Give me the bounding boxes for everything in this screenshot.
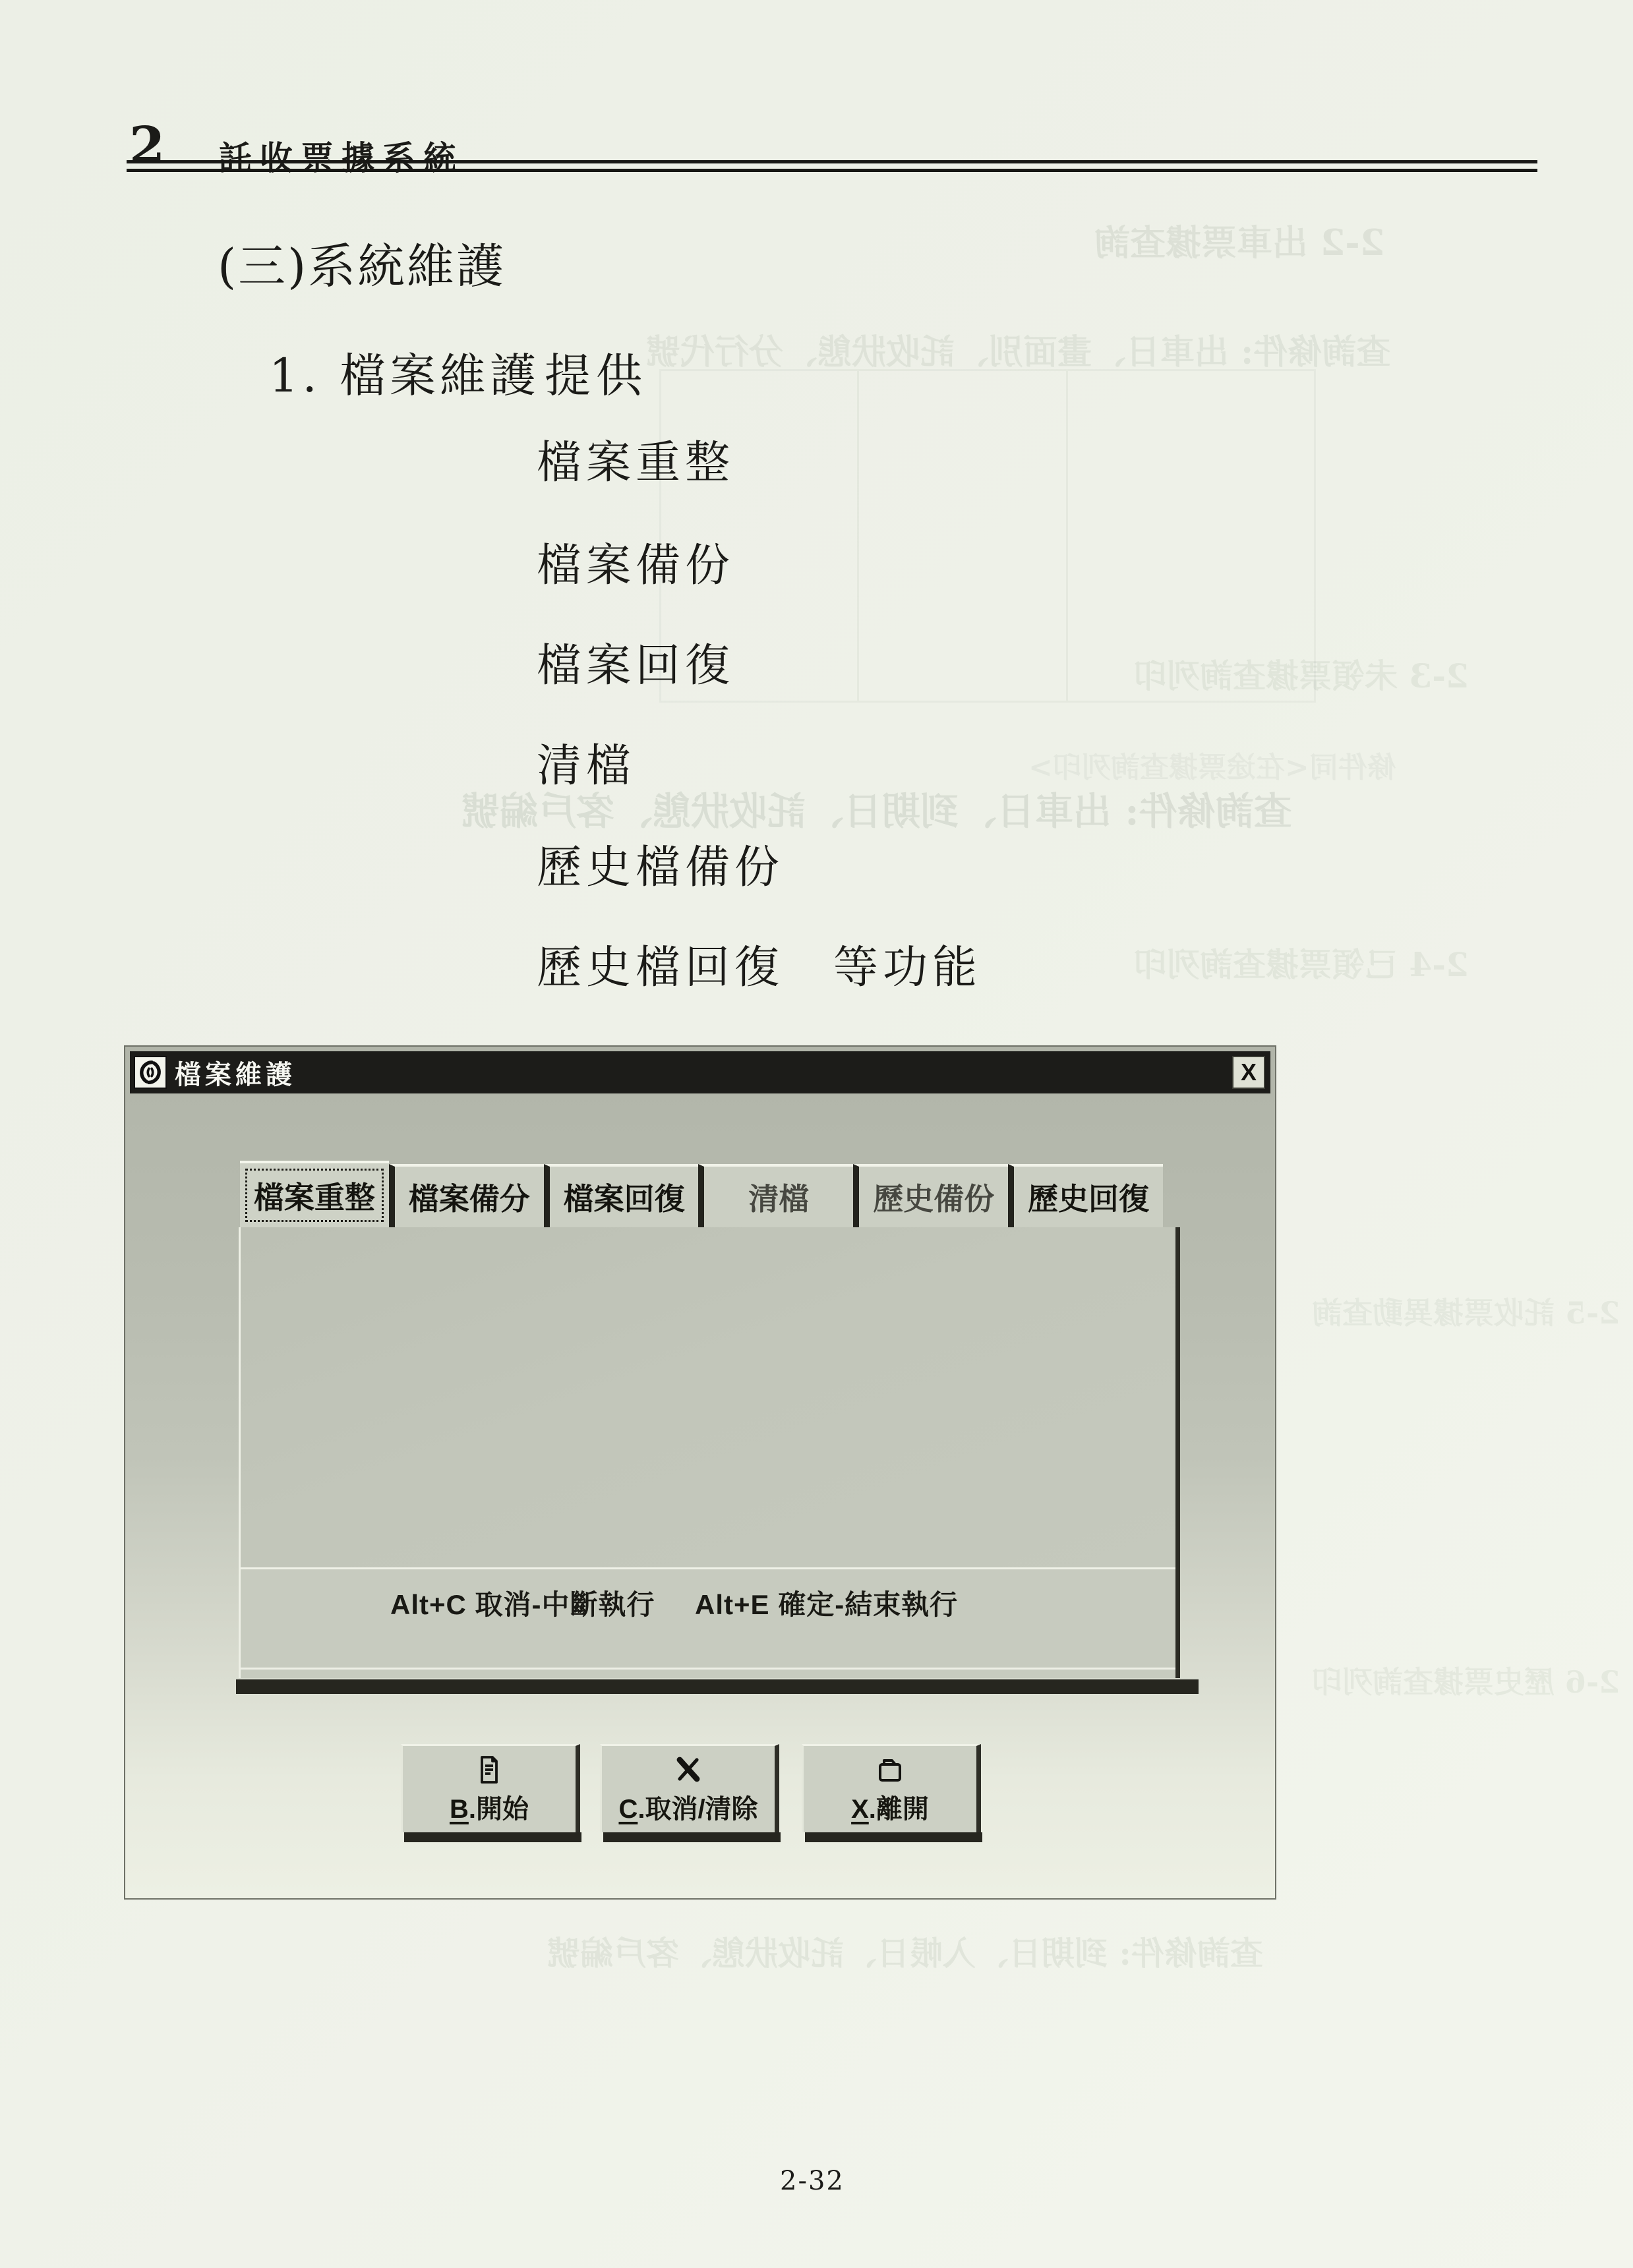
feature-item: 檔案重整 (537, 427, 734, 491)
dialog-titlebar[interactable]: 檔案維護 X (130, 1051, 1270, 1093)
bleedthrough-text: 2-5 託收票據異動查詢 (1312, 1289, 1620, 1333)
button-mnemonic: B (450, 1795, 469, 1824)
bleedthrough-table (659, 369, 1316, 703)
header-rule-bottom (127, 169, 1537, 172)
button-mnemonic: C (618, 1795, 638, 1824)
tab-file-backup[interactable]: 檔案備分 (389, 1164, 544, 1227)
bleedthrough-text: 2-6 歷史票據查詢列印 (1312, 1658, 1620, 1702)
bleedthrough-text: 2-2 出車票據查詢 (1094, 215, 1384, 266)
start-button[interactable]: B.開始 (401, 1744, 580, 1832)
list-number: 1. (269, 349, 321, 403)
tab-strip: 檔案重整 檔案備分 檔案回復 清檔 歷史備份 歷史回復 (240, 1164, 1163, 1227)
list-title: 檔案維護 (340, 349, 540, 403)
close-x-icon: X (1241, 1059, 1257, 1086)
hint-confirm-shortcut: Alt+E 確定-結束執行 (695, 1583, 958, 1623)
tab-page-body: Alt+C 取消-中斷執行 Alt+E 確定-結束執行 (239, 1227, 1180, 1678)
exit-button[interactable]: X.離開 (802, 1744, 981, 1832)
close-button[interactable]: X (1232, 1056, 1265, 1089)
tab-file-purge[interactable]: 清檔 (698, 1164, 853, 1227)
bleedthrough-text: 條件同<在途票據查詢列印> (1028, 743, 1396, 786)
hint-cancel-shortcut: Alt+C 取消-中斷執行 (390, 1583, 655, 1623)
tab-history-backup[interactable]: 歷史備份 (853, 1164, 1008, 1227)
tab-file-restore[interactable]: 檔案回復 (544, 1164, 699, 1227)
groove-line (241, 1567, 1175, 1569)
feature-item: 檔案備份 (537, 530, 734, 594)
chapter-title: 託收票據系統 (219, 132, 464, 179)
section-heading: (三)系統維護 (218, 228, 506, 297)
feature-item: 清檔 (537, 730, 636, 794)
page-number: 2-32 (780, 2166, 845, 2196)
scanned-manual-page: { "page": { "chapter_number": "2", "chap… (0, 0, 1633, 2268)
list-item-heading: 1. 檔案維護 (269, 339, 540, 405)
feature-item: 歷史檔回復 等功能 (537, 932, 982, 996)
tab-file-rebuild[interactable]: 檔案重整 (240, 1161, 389, 1227)
bleedthrough-text: 查詢條件: 出車日、畫面別、託收狀態、分行代號 (646, 324, 1390, 374)
file-maintenance-dialog: 檔案維護 X 檔案重整 檔案備分 檔案回復 清檔 歷史備份 歷史回復 Alt+C… (124, 1045, 1276, 1900)
interlocked-arcs-logo-icon (137, 1059, 163, 1086)
panel-shadow (236, 1679, 1199, 1694)
document-icon (473, 1754, 505, 1786)
feature-item: 檔案回復 (537, 630, 734, 694)
app-icon[interactable] (134, 1056, 167, 1089)
button-mnemonic: X (851, 1795, 869, 1824)
dialog-title: 檔案維護 (175, 1054, 296, 1091)
chapter-number: 2 (129, 116, 165, 176)
bleedthrough-text: 查詢條件: 到期日、入帳日、託收狀態、客戶編號 (547, 1927, 1263, 1975)
feature-item: 歷史檔備份 (537, 832, 784, 896)
groove-line (241, 1668, 1175, 1670)
bleedthrough-text: 2-4 已領票據查詢列印 (1134, 939, 1469, 986)
cancel-x-icon (672, 1754, 704, 1786)
bleedthrough-text: 2-3 未領票據查詢列印 (1134, 650, 1469, 697)
tab-history-restore[interactable]: 歷史回復 (1008, 1164, 1163, 1227)
list-lead: 提供 (545, 339, 647, 405)
cancel-clear-button[interactable]: C.取消/清除 (600, 1744, 779, 1832)
exit-box-icon (874, 1754, 906, 1786)
header-rule-top (127, 160, 1537, 163)
